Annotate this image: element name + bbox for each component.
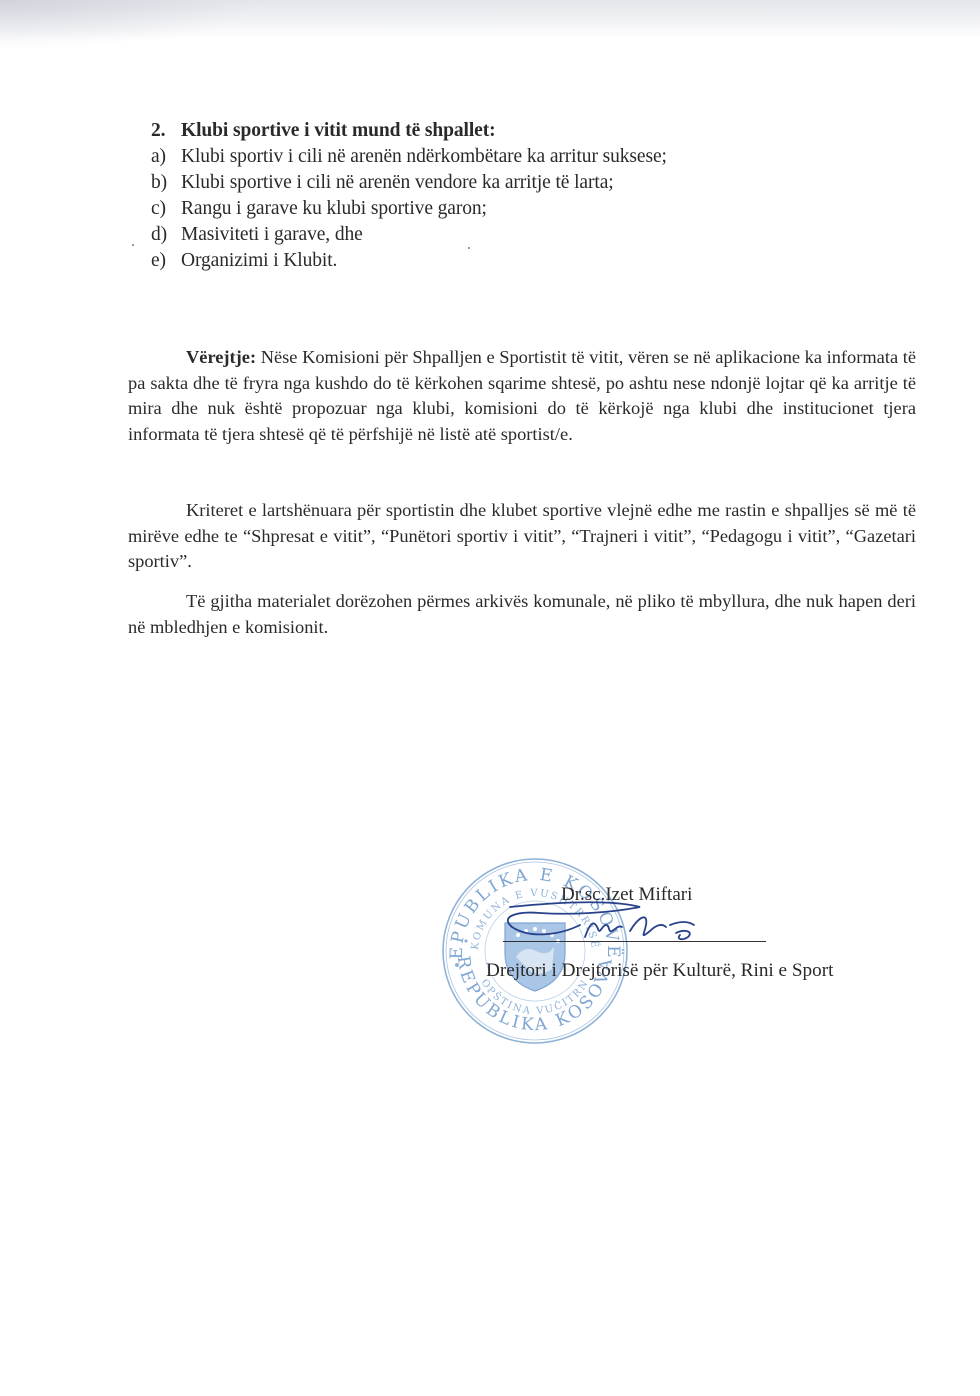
section-number: 2.	[151, 120, 181, 142]
list-item: d)Masiviteti i garave, dhe	[151, 224, 363, 246]
signatory-title: Drejtori i Drejtorisë për Kulturë, Rini …	[486, 960, 833, 982]
list-item-text: Masiviteti i garave, dhe	[181, 224, 363, 245]
note-label: Vërejtje:	[186, 347, 256, 367]
criteria-paragraph: Kriteret e lartshënuara për sportistin d…	[128, 498, 916, 575]
scan-speck	[132, 244, 134, 246]
materials-text: Të gjitha materialet dorëzohen përmes ar…	[128, 591, 916, 637]
list-item-text: Klubi sportiv i cili në arenën ndërkombë…	[181, 146, 667, 167]
list-item-label: d)	[151, 224, 181, 246]
signature-line	[503, 941, 766, 942]
scan-speck	[468, 247, 470, 249]
section-heading-text: Klubi sportive i vitit mund të shpallet:	[181, 120, 496, 141]
list-item: c)Rangu i garave ku klubi sportive garon…	[151, 198, 487, 220]
list-item-label: e)	[151, 250, 181, 272]
list-item-text: Rangu i garave ku klubi sportive garon;	[181, 198, 487, 219]
list-item-label: c)	[151, 198, 181, 220]
handwritten-signature	[490, 895, 710, 955]
list-item-label: a)	[151, 146, 181, 168]
materials-paragraph: Të gjitha materialet dorëzohen përmes ar…	[128, 589, 916, 640]
criteria-text: Kriteret e lartshënuara për sportistin d…	[128, 500, 916, 571]
scan-shadow-corner	[0, 0, 260, 50]
list-item: a)Klubi sportiv i cili në arenën ndërkom…	[151, 146, 667, 168]
note-paragraph: Vërejtje: Nëse Komisioni për Shpalljen e…	[128, 345, 916, 447]
list-item: b)Klubi sportive i cili në arenën vendor…	[151, 172, 614, 194]
section-heading: 2.Klubi sportive i vitit mund të shpalle…	[151, 120, 496, 142]
list-item-label: b)	[151, 172, 181, 194]
list-item: e)Organizimi i Klubit.	[151, 250, 337, 272]
list-item-text: Klubi sportive i cili në arenën vendore …	[181, 172, 614, 193]
list-item-text: Organizimi i Klubit.	[181, 250, 337, 271]
